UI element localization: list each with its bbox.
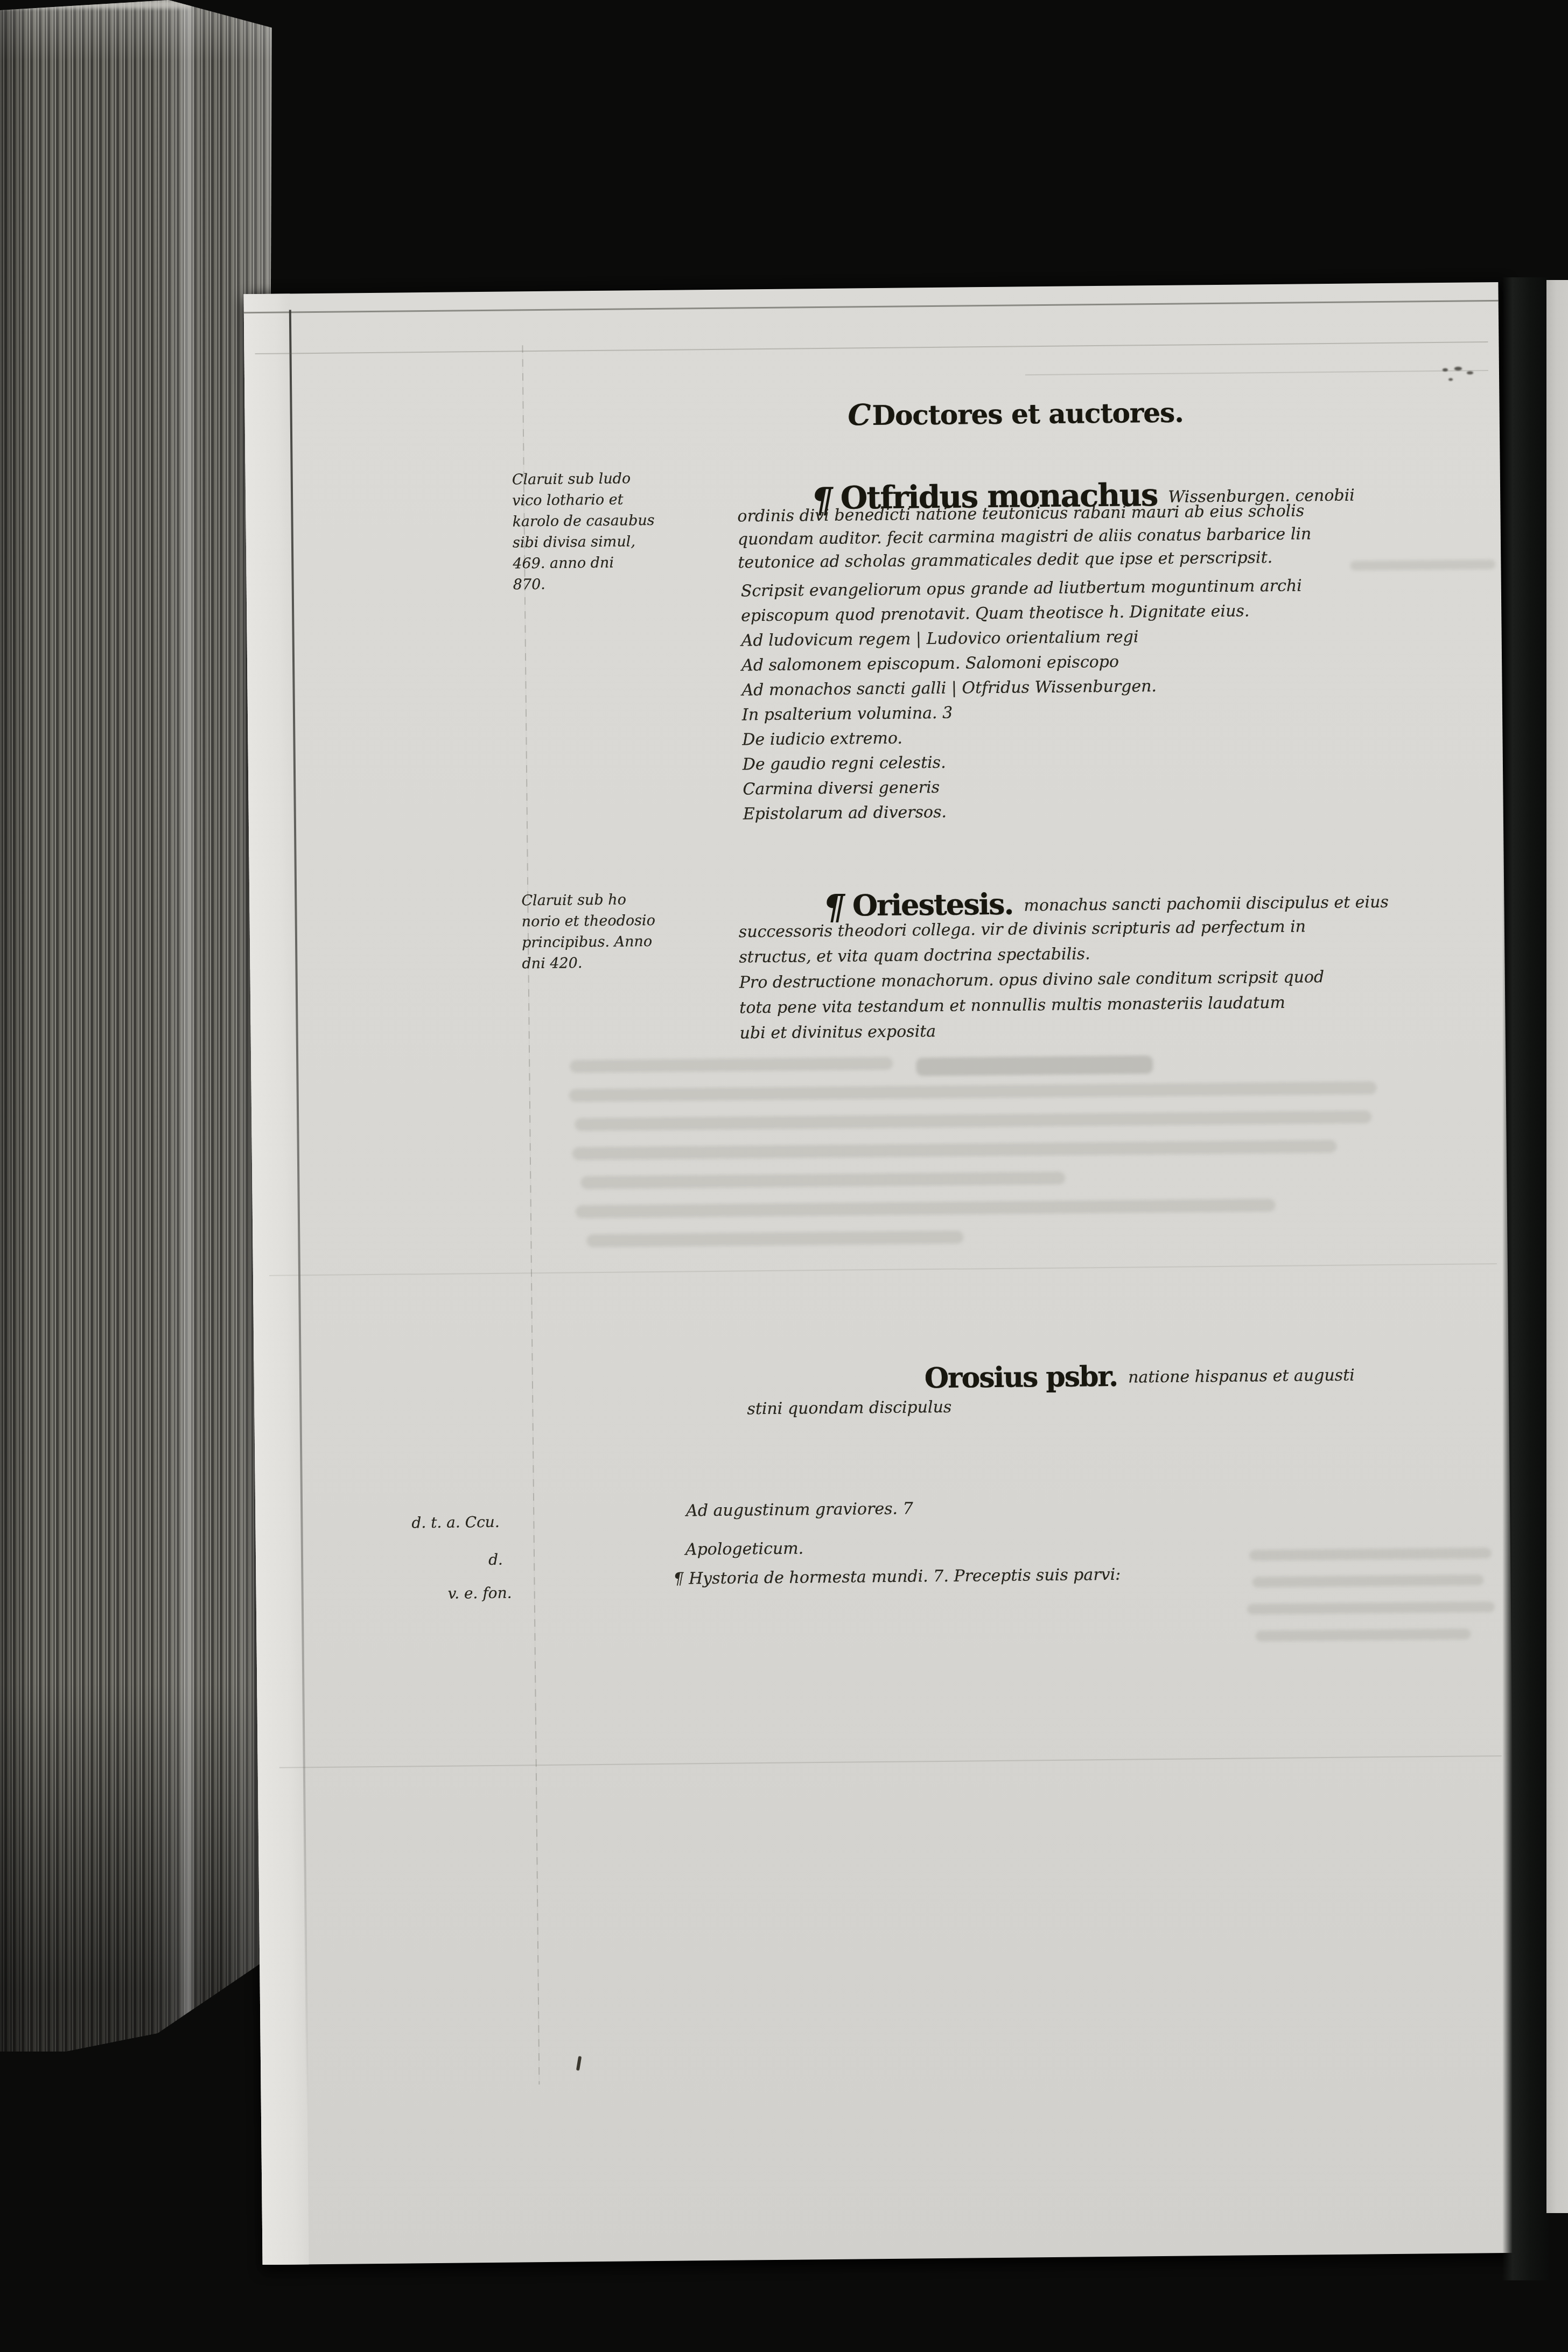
text-line: 870. bbox=[513, 573, 655, 596]
text-line: principibus. Anno bbox=[522, 931, 656, 953]
bleedthrough-line bbox=[1247, 1601, 1495, 1614]
text-line: Epistolarum ad diversos. bbox=[743, 796, 1304, 827]
orosius-work-line: ¶ Hystoria de hormesta mundi. 7. Precept… bbox=[673, 1565, 1121, 1588]
bleedthrough-line bbox=[1249, 1548, 1492, 1560]
bleedthrough-line bbox=[580, 1172, 1065, 1189]
ruled-line-horizontal bbox=[255, 341, 1488, 354]
text-line: vico lothario et bbox=[512, 489, 654, 512]
ruled-line-horizontal bbox=[1025, 370, 1488, 375]
section-otfridus-works-list: Scripsit evangeliorum opus grande ad liu… bbox=[741, 573, 1304, 827]
bleedthrough-line bbox=[576, 1199, 1276, 1218]
edge-ink-fragment bbox=[1439, 362, 1480, 386]
orosius-work-line: Ad augustinum graviores. 7 bbox=[686, 1499, 913, 1520]
author-name: Orosius psbr. bbox=[925, 1360, 1118, 1395]
bleedthrough-heading bbox=[916, 1055, 1153, 1076]
page-inner-margin bbox=[243, 293, 309, 2265]
page-top-edge-line bbox=[244, 300, 1499, 313]
margin-code: d. t. a. Ccu. bbox=[411, 1513, 500, 1532]
section-otfridus-biography: ordinis divi benedicti natione teutonicu… bbox=[737, 499, 1312, 574]
stray-ink-mark bbox=[576, 2056, 582, 2071]
text-line: karolo de casaubus bbox=[512, 510, 654, 533]
text-line: dni 420. bbox=[522, 952, 656, 974]
header-paragraph-mark: C bbox=[848, 397, 870, 432]
ruled-line-horizontal bbox=[279, 1755, 1502, 1768]
facing-page-sliver bbox=[1546, 280, 1568, 2213]
bleedthrough-line bbox=[575, 1110, 1371, 1131]
margin-code: d. bbox=[488, 1551, 503, 1569]
text-line: Claruit sub ho bbox=[521, 889, 655, 911]
text-line: norio et theodosio bbox=[522, 910, 656, 932]
margin-rule-vertical bbox=[522, 345, 540, 2084]
margin-code: v. e. fon. bbox=[448, 1584, 512, 1602]
bleedthrough-line bbox=[570, 1057, 893, 1073]
text-line: ubi et divinitus exposita bbox=[739, 1015, 1325, 1046]
text-line: 469. anno dni bbox=[513, 552, 655, 575]
section-orosius-continuation: stini quondam discipulus bbox=[747, 1398, 951, 1419]
manuscript-page: CDoctores et auctores. Claruit sub ludov… bbox=[243, 282, 1517, 2265]
photo-stage: CDoctores et auctores. Claruit sub ludov… bbox=[0, 0, 1568, 2352]
section-oriestesis-body: successoris theodori collega. vir de div… bbox=[739, 914, 1325, 1046]
bleedthrough-line bbox=[1255, 1629, 1471, 1642]
bleedthrough-line bbox=[572, 1140, 1337, 1160]
book-fore-edge bbox=[0, 0, 272, 2052]
margin-note-otfridus: Claruit sub ludovico lothario etkarolo d… bbox=[512, 468, 655, 596]
section-heading-orosius: Orosius psbr.natione hispanus et augusti bbox=[925, 1358, 1355, 1395]
bleedthrough-line bbox=[569, 1081, 1377, 1102]
gutter-shadow bbox=[1502, 277, 1549, 2280]
bleedthrough-line bbox=[586, 1231, 963, 1248]
page-title: Doctores et auctores. bbox=[872, 397, 1184, 432]
text-line: teutonice ad scholas grammaticales dedit… bbox=[738, 545, 1312, 574]
bleedthrough-line bbox=[1350, 559, 1495, 571]
text-line: sibi divisa simul, bbox=[513, 531, 655, 554]
text-line: Claruit sub ludo bbox=[512, 468, 654, 491]
bleedthrough-line bbox=[1252, 1574, 1483, 1587]
heading-continuation: monachus sancti pachomii discipulus et e… bbox=[1024, 893, 1389, 915]
heading-continuation: natione hispanus et augusti bbox=[1128, 1366, 1355, 1387]
orosius-work-line: Apologeticum. bbox=[685, 1539, 804, 1559]
margin-note-oriestesis: Claruit sub honorio et theodosioprincipi… bbox=[521, 889, 656, 974]
running-title: CDoctores et auctores. bbox=[848, 395, 1184, 432]
ruled-line-horizontal bbox=[269, 1263, 1497, 1276]
